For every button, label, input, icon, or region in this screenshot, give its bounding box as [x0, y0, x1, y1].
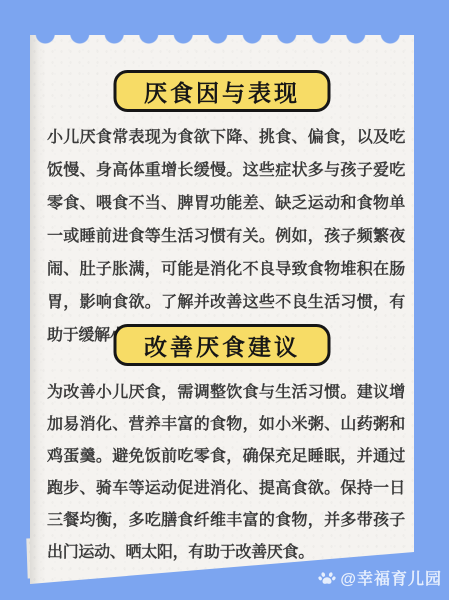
section-2-body-text: 为改善小儿厌食，需调整饮食与生活习惯。建议增加易消化、营养丰富的食物，如小米粥、… — [47, 377, 405, 569]
poster-background: 厌食因与表现 小儿厌食常表现为食欲下降、挑食、偏食，以及吃饭慢、身高体重增长缓慢… — [0, 0, 449, 600]
scallop-edge — [30, 34, 414, 47]
paw-icon — [318, 569, 336, 587]
section-1-body-text: 小儿厌食常表现为食欲下降、挑食、偏食，以及吃饭慢、身高体重增长缓慢。这些症状多与… — [47, 121, 405, 352]
watermark: @幸福育儿园 — [318, 566, 442, 589]
watermark-text: @幸福育儿园 — [340, 566, 442, 589]
paper-card: 厌食因与表现 小儿厌食常表现为食欲下降、挑食、偏食，以及吃饭慢、身高体重增长缓慢… — [30, 35, 414, 584]
section-1-title-label: 厌食因与表现 — [144, 75, 300, 108]
section-2-title-badge: 改善厌食建议 — [114, 324, 331, 366]
section-2-title-label: 改善厌食建议 — [144, 329, 300, 362]
section-1-title-badge: 厌食因与表现 — [114, 70, 331, 112]
